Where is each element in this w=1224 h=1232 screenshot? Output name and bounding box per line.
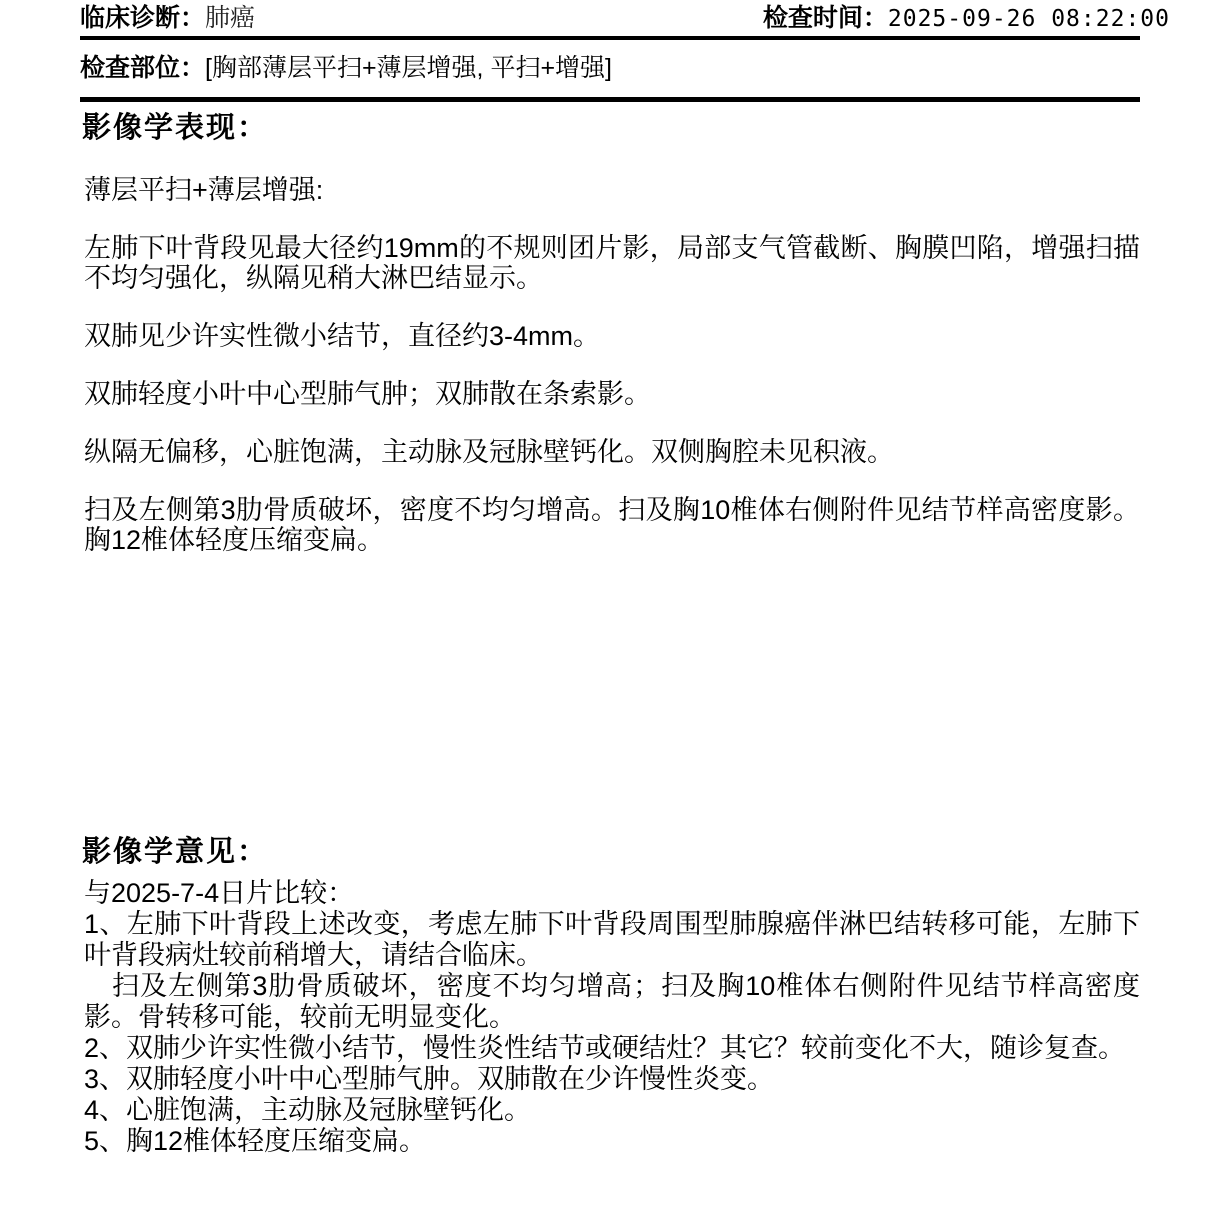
impression-line: 与2025-7-4日片比较：: [84, 878, 1140, 909]
exam-time-value: 2025-09-26 08:22:00: [888, 6, 1170, 32]
finding-paragraph: 双肺轻度小叶中心型肺气肿；双肺散在条索影。: [84, 379, 1140, 409]
header-divider-thin: [80, 36, 1140, 40]
exam-time-label: 检查时间：: [763, 4, 888, 32]
header-divider-thick: [80, 97, 1140, 102]
impression-line: 2、双肺少许实性微小结节，慢性炎性结节或硬结灶？其它？较前变化不大，随诊复查。: [84, 1033, 1140, 1064]
exam-part-label: 检查部位：: [80, 54, 205, 82]
impression-line: 1、左肺下叶背段上述改变，考虑左肺下叶背段周围型肺腺癌伴淋巴结转移可能，左肺下叶…: [84, 909, 1140, 971]
findings-section: 薄层平扫+薄层增强: 左肺下叶背段见最大径约19mm的不规则团片影，局部支气管截…: [84, 175, 1140, 583]
impression-line: 4、心脏饱满，主动脉及冠脉壁钙化。: [84, 1095, 1140, 1126]
exam-part-row: 检查部位：[胸部薄层平扫+薄层增强, 平扫+增强]: [80, 53, 612, 83]
exam-part-value: [胸部薄层平扫+薄层增强, 平扫+增强]: [205, 54, 612, 82]
finding-paragraph: 左肺下叶背段见最大径约19mm的不规则团片影，局部支气管截断、胸膜凹陷，增强扫描…: [84, 233, 1140, 293]
clinical-diagnosis-value: 肺癌: [205, 4, 255, 32]
finding-paragraph: 双肺见少许实性微小结节，直径约3-4mm。: [84, 321, 1140, 351]
clinical-diagnosis-label: 临床诊断：: [80, 4, 205, 32]
exam-time: 检查时间：2025-09-26 08:22:00: [763, 3, 1170, 34]
findings-section-title: 影像学表现：: [82, 112, 268, 144]
impression-section: 与2025-7-4日片比较： 1、左肺下叶背段上述改变，考虑左肺下叶背段周围型肺…: [84, 878, 1140, 1157]
finding-paragraph: 薄层平扫+薄层增强:: [84, 175, 1140, 205]
finding-paragraph: 纵隔无偏移，心脏饱满，主动脉及冠脉壁钙化。双侧胸腔未见积液。: [84, 437, 1140, 467]
finding-paragraph: 扫及左侧第3肋骨质破坏，密度不均匀增高。扫及胸10椎体右侧附件见结节样高密度影。…: [84, 495, 1140, 555]
impression-line: 3、双肺轻度小叶中心型肺气肿。双肺散在少许慢性炎变。: [84, 1064, 1140, 1095]
clinical-diagnosis: 临床诊断：肺癌: [80, 3, 255, 33]
impression-line: 5、胸12椎体轻度压缩变扁。: [84, 1126, 1140, 1157]
impression-section-title: 影像学意见：: [82, 836, 268, 868]
radiology-report-page: 临床诊断：肺癌 检查时间：2025-09-26 08:22:00 检查部位：[胸…: [0, 0, 1224, 1232]
report-header-row: 临床诊断：肺癌 检查时间：2025-09-26 08:22:00: [80, 3, 1170, 34]
impression-line: 扫及左侧第3肋骨质破坏，密度不均匀增高；扫及胸10椎体右侧附件见结节样高密度影。…: [84, 971, 1140, 1033]
